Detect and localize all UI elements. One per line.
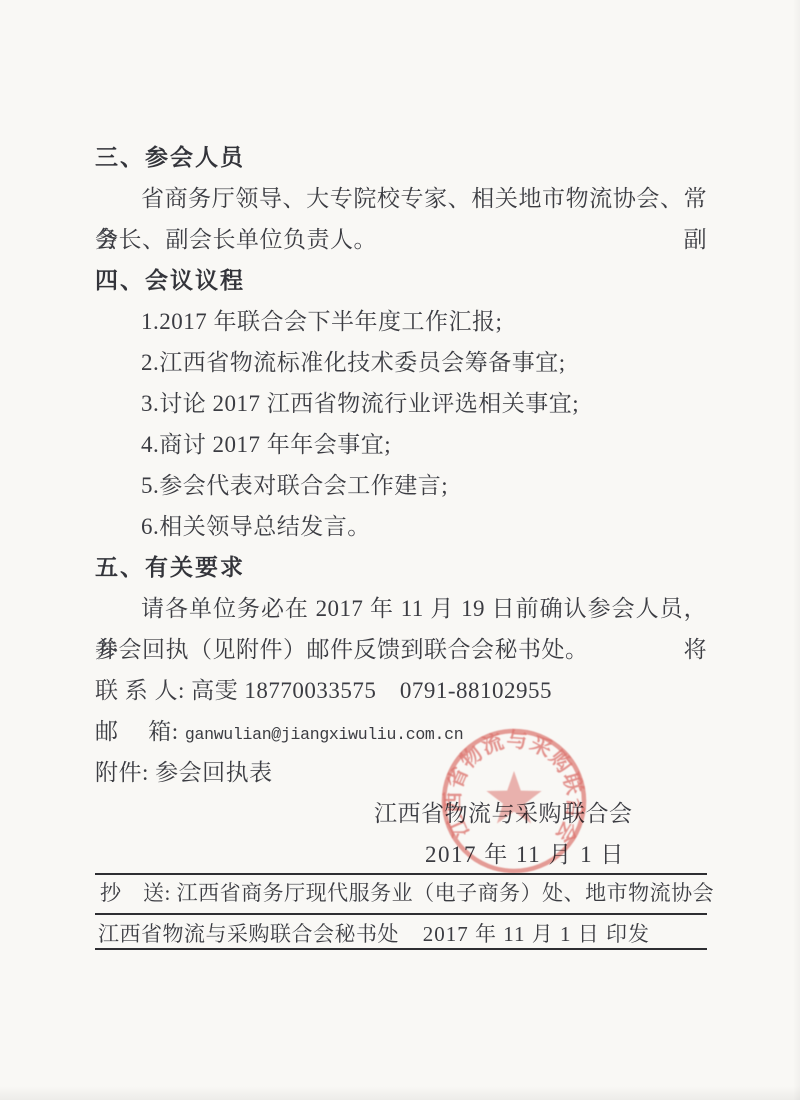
footer-rule-middle <box>95 913 707 915</box>
print-date: 2017 年 11 月 1 日 印发 <box>423 918 650 948</box>
agenda-item-6: 6.相关领导总结发言。 <box>95 506 707 547</box>
cc-line: 抄 送: 江西省商务厅现代服务业（电子商务）处、地市物流协会 <box>100 877 714 907</box>
footer-rule-top <box>95 873 707 875</box>
requirements-line-1: 请各单位务必在 2017 年 11 月 19 日前确认参会人员，并将 <box>95 588 707 629</box>
contact-person-line: 联 系 人: 高雯 18770033575 0791-88102955 <box>95 670 707 711</box>
document-body: 三、参会人员 省商务厅领导、大专院校专家、相关地市物流协会、常务副 会长、副会长… <box>95 137 707 875</box>
contact-email-line: 邮 箱: ganwulian@jiangxiwuliu.com.cn <box>95 711 707 752</box>
issue-row: 江西省物流与采购联合会秘书处 2017 年 11 月 1 日 印发 <box>98 918 707 948</box>
agenda-item-3: 3.讨论 2017 江西省物流行业评选相关事宜; <box>95 383 707 424</box>
email-address: ganwulian@jiangxiwuliu.com.cn <box>185 725 463 744</box>
section-5-heading: 五、有关要求 <box>95 547 707 588</box>
agenda-item-1: 1.2017 年联合会下半年度工作汇报; <box>95 301 707 342</box>
scanned-document-page: 三、参会人员 省商务厅领导、大专院校专家、相关地市物流协会、常务副 会长、副会长… <box>0 0 800 1100</box>
section-3-heading: 三、参会人员 <box>95 137 707 178</box>
issuer-name: 江西省物流与采购联合会秘书处 <box>98 918 399 948</box>
agenda-item-5: 5.参会代表对联合会工作建言; <box>95 465 707 506</box>
signature-date: 2017 年 11 月 1 日 <box>425 834 707 875</box>
footer-rule-bottom <box>95 948 707 950</box>
signature-org: 江西省物流与采购联合会 <box>374 793 707 834</box>
attachment-line: 附件: 参会回执表 <box>95 752 707 793</box>
participants-line-1: 省商务厅领导、大专院校专家、相关地市物流协会、常务副 <box>95 178 707 219</box>
section-4-heading: 四、会议议程 <box>95 260 707 301</box>
email-label: 邮 箱: <box>95 719 185 744</box>
agenda-item-2: 2.江西省物流标准化技术委员会筹备事宜; <box>95 342 707 383</box>
agenda-item-4: 4.商讨 2017 年年会事宜; <box>95 424 707 465</box>
